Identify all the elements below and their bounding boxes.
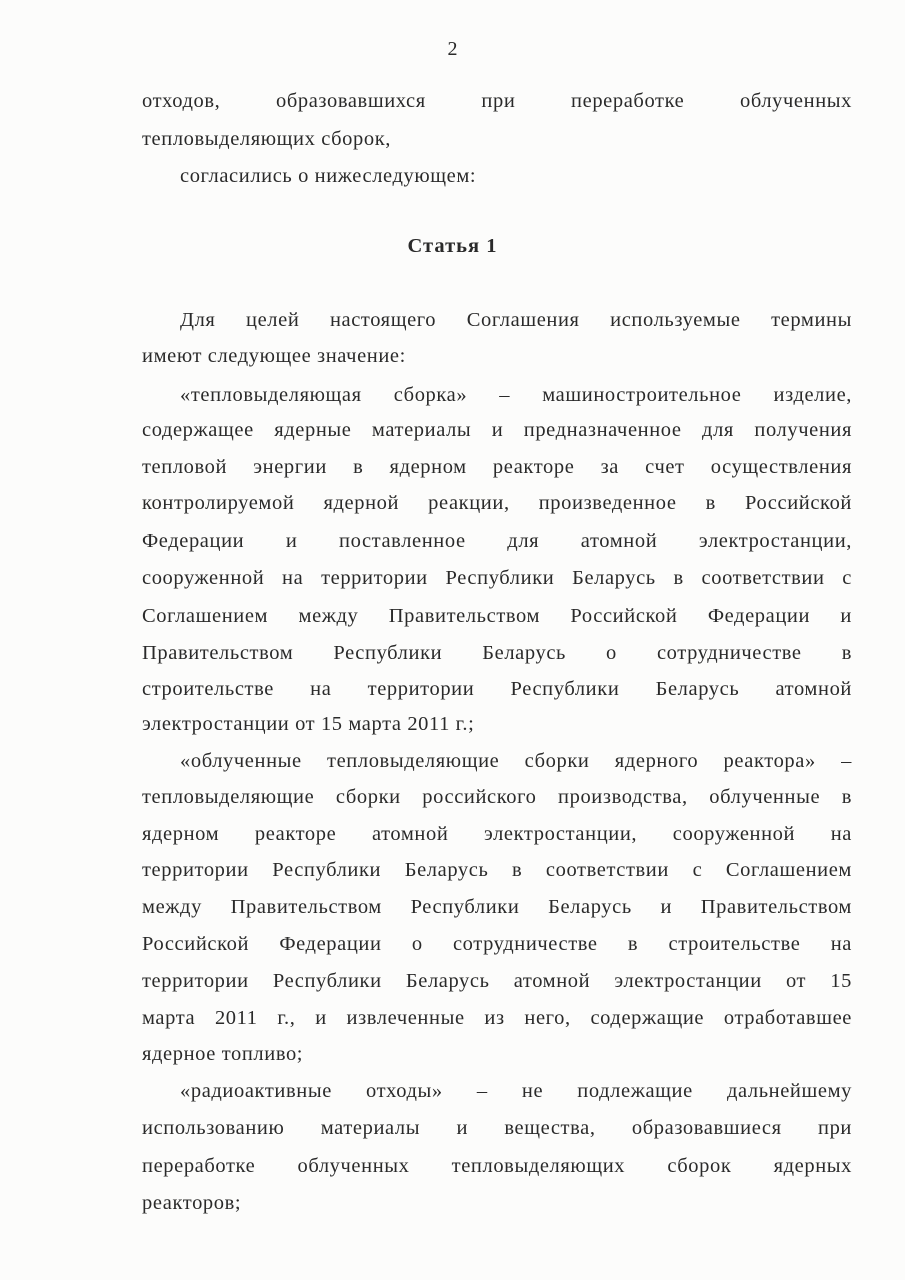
- text-line: реакторов;: [142, 1190, 241, 1216]
- text-line: «тепловыделяющая сборка» – машиностроите…: [180, 382, 852, 408]
- text-line: отходов, образовавшихся при переработке …: [142, 88, 852, 114]
- text-line: строительстве на территории Республики Б…: [142, 676, 852, 702]
- text-line: марта 2011 г., и извлеченные из него, со…: [142, 1005, 852, 1031]
- text-line: Для целей настоящего Соглашения использу…: [180, 307, 852, 333]
- text-line: содержащее ядерные материалы и предназна…: [142, 417, 852, 443]
- page-number: 2: [0, 38, 905, 61]
- text-line: Правительством Республики Беларусь о сот…: [142, 640, 852, 666]
- text-line: Соглашением между Правительством Российс…: [142, 603, 852, 629]
- text-line: тепловыделяющих сборок,: [142, 126, 391, 152]
- text-line: ядерном реакторе атомной электростанции,…: [142, 821, 852, 847]
- text-line: использованию материалы и вещества, обра…: [142, 1115, 852, 1141]
- text-line: территории Республики Беларусь в соответ…: [142, 857, 852, 883]
- text-line: между Правительством Республики Беларусь…: [142, 894, 852, 920]
- text-line: Федерации и поставленное для атомной эле…: [142, 528, 852, 554]
- article-heading: Статья 1: [0, 235, 905, 258]
- text-line: территории Республики Беларусь атомной э…: [142, 968, 852, 994]
- text-line: тепловыделяющие сборки российского произ…: [142, 784, 852, 810]
- text-line: «облученные тепловыделяющие сборки ядерн…: [180, 748, 852, 774]
- text-line: сооруженной на территории Республики Бел…: [142, 565, 852, 591]
- text-line: согласились о нижеследующем:: [180, 163, 476, 189]
- text-line: переработке облученных тепловыделяющих с…: [142, 1153, 852, 1179]
- text-line: Российской Федерации о сотрудничестве в …: [142, 931, 852, 957]
- text-line: тепловой энергии в ядерном реакторе за с…: [142, 454, 852, 480]
- text-line: имеют следующее значение:: [142, 343, 406, 369]
- text-line: контролируемой ядерной реакции, произвед…: [142, 490, 852, 516]
- text-line: ядерное топливо;: [142, 1041, 303, 1067]
- text-line: электростанции от 15 марта 2011 г.;: [142, 711, 474, 737]
- text-line: «радиоактивные отходы» – не подлежащие д…: [180, 1078, 852, 1104]
